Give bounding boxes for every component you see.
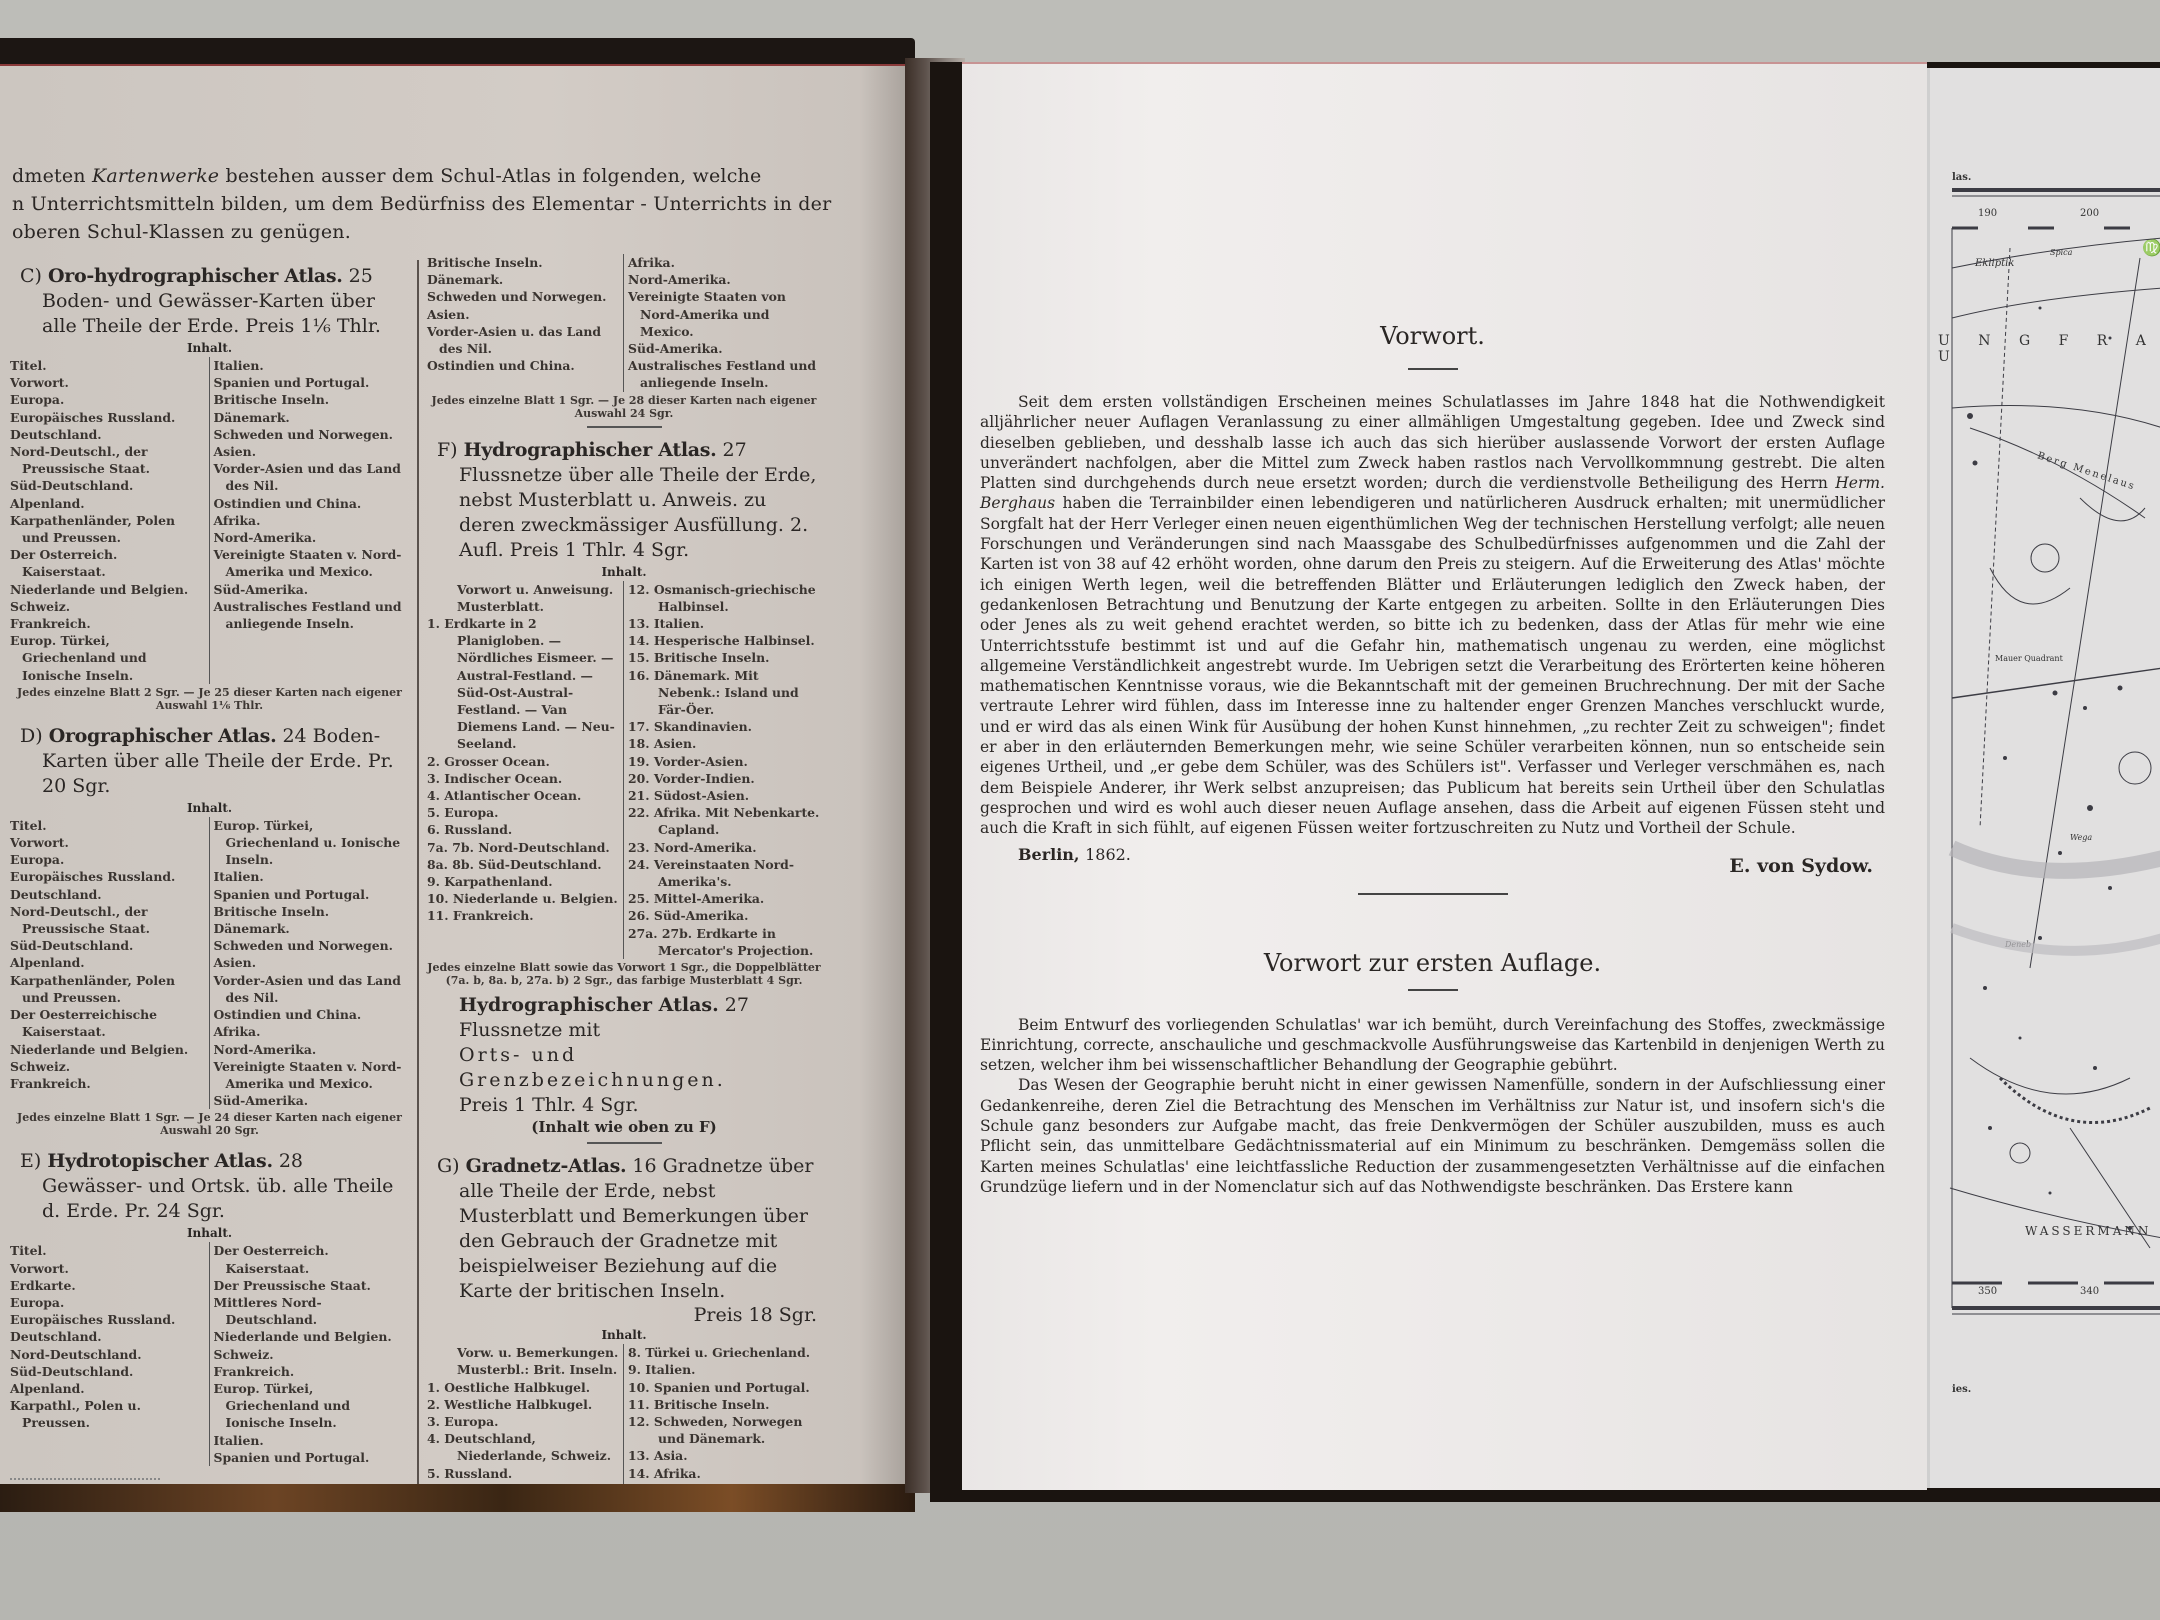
- atlas-e-contents: Titel.Vorwort.Erdkarte.Europa.Europäisch…: [10, 1242, 409, 1466]
- contents-entry: Vorwort.: [10, 374, 205, 391]
- atlas-e-price-note: Jedes einzelne Blatt 1 Sgr. — Je 28 dies…: [427, 394, 821, 420]
- divider: [587, 1142, 662, 1144]
- atlas-d-price-note: Jedes einzelne Blatt 1 Sgr. — Je 24 dies…: [10, 1111, 409, 1137]
- contents-entry: Italien.: [214, 1432, 410, 1449]
- contents-entry: 9. Karpathenland.: [427, 873, 619, 890]
- contents-entry: Frankreich.: [214, 1363, 410, 1380]
- right-page: Vorwort. Seit dem ersten vollständigen E…: [962, 62, 1927, 1490]
- contents-entry: 17. Skandinavien.: [628, 718, 821, 735]
- contents-entry: Europäisches Russland.: [10, 868, 205, 885]
- contents-entry: 18. Asien.: [628, 735, 821, 752]
- contents-entry: Europ. Türkei, Griechenland u. Ionische …: [214, 817, 410, 869]
- first-edition-paragraph-1: Beim Entwurf des vorliegenden Schulatlas…: [980, 1015, 1885, 1076]
- contents-entry: 3. Indischer Ocean.: [427, 770, 619, 787]
- star-map-foldout: las. ies. 190 200 350 340 Ekliptik Spica…: [1927, 68, 2160, 1488]
- contents-entry: Süd-Deutschland.: [10, 1363, 205, 1380]
- contents-entry: Karpathenländer, Polen und Preussen.: [10, 512, 205, 546]
- contents-entry: Europäisches Russland.: [10, 1311, 205, 1328]
- atlas-e-contents-continued: Britische Inseln.Dänemark.Schweden und N…: [427, 254, 821, 392]
- atlas-e-heading: E) Hydrotopischer Atlas. 28 Gewässer- un…: [10, 1149, 409, 1224]
- contents-entry: Nord-Amerika.: [628, 271, 821, 288]
- contents-entry: Europ. Türkei, Griechenland und Ionische…: [214, 1380, 410, 1432]
- contents-entry: Schweden und Norwegen.: [214, 426, 410, 443]
- contents-entry: Ostindien und China.: [427, 357, 619, 374]
- intro-paragraph: dmeten Kartenwerke bestehen ausser dem S…: [10, 162, 885, 246]
- contents-entry: Alpenland.: [10, 1380, 205, 1397]
- contents-entry: 21. Südost-Asien.: [628, 787, 821, 804]
- contents-entry: Frankreich.: [10, 1075, 205, 1092]
- star-chart-drawing: [1930, 68, 2160, 1488]
- contents-entry: 13. Italien.: [628, 615, 821, 632]
- contents-entry: 5. Europa.: [427, 804, 619, 821]
- contents-entry: 6. Karpathenländer.: [427, 1482, 619, 1484]
- contents-entry: Der Osterreich. Kaiserstaat.: [10, 546, 205, 580]
- contents-entry: 1. Erdkarte in 2 Planigloben. — Nördlich…: [427, 615, 619, 753]
- contents-entry: 6. Russland.: [427, 821, 619, 838]
- contents-entry: Ostindien und China.: [214, 495, 410, 512]
- contents-entry: 13. Asia.: [628, 1447, 821, 1464]
- contents-entry: Vorwort.: [10, 1260, 205, 1277]
- contents-entry: Schweden und Norwegen.: [427, 288, 619, 305]
- atlas-d-contents: Titel.Vorwort.Europa.Europäisches Russla…: [10, 817, 409, 1109]
- contents-entry: Nord-Deutschl., der Preussische Staat.: [10, 903, 205, 937]
- contents-entry: Britische Inseln.: [214, 391, 410, 408]
- contents-entry: Titel.: [10, 817, 205, 834]
- atlas-d-heading: D) Orographischer Atlas. 24 Boden-Karten…: [10, 724, 409, 799]
- contents-entry: Europäisches Russland.: [10, 409, 205, 426]
- contents-entry: Der Oesterreich. Kaiserstaat.: [214, 1242, 410, 1276]
- contents-entry: Erdkarte.: [10, 1277, 205, 1294]
- contents-entry: Süd-Amerika.: [214, 581, 410, 598]
- contents-entry: Australisches Festland und anliegende In…: [214, 598, 410, 632]
- contents-entry: Vorder-Asien u. das Land des Nil.: [427, 323, 619, 357]
- contents-entry: Ostindien und China.: [214, 1006, 410, 1023]
- contents-entry: Alpenland.: [10, 495, 205, 512]
- contents-entry: 4. Atlantischer Ocean.: [427, 787, 619, 804]
- contents-entry: Vorder-Asien und das Land des Nil.: [214, 460, 410, 494]
- contents-entry: Europa.: [10, 851, 205, 868]
- contents-entry: 3. Europa.: [427, 1413, 619, 1430]
- contents-entry: Italien.: [214, 868, 410, 885]
- contents-entry: Titel.: [10, 357, 205, 374]
- preface-paragraph: Seit dem ersten vollständigen Erscheinen…: [980, 392, 1885, 839]
- contents-entry: Britische Inseln.: [214, 903, 410, 920]
- atlas-g-contents: Vorw. u. Bemerkungen.Musterbl.: Brit. In…: [427, 1344, 821, 1484]
- contents-entry: 9. Italien.: [628, 1361, 821, 1378]
- contents-entry: Spanien und Portugal.: [214, 1449, 410, 1466]
- contents-entry: Vorder-Asien und das Land des Nil.: [214, 972, 410, 1006]
- contents-entry: 2. Westliche Halbkugel.: [427, 1396, 619, 1413]
- first-edition-paragraph-2: Das Wesen der Geographie beruht nicht in…: [980, 1075, 1885, 1197]
- contents-entry: Schweiz.: [10, 1058, 205, 1075]
- contents-entry: 19. Vorder-Asien.: [628, 753, 821, 770]
- contents-entry: Nord-Amerika.: [214, 529, 410, 546]
- first-edition-preface-title: Vorwort zur ersten Auflage.: [980, 949, 1885, 977]
- contents-entry: Frankreich.: [10, 615, 205, 632]
- contents-entry: Britische Inseln.: [427, 254, 619, 271]
- contents-entry: Afrika.: [214, 1023, 410, 1040]
- contents-entry: Europa.: [10, 1294, 205, 1311]
- contents-entry: Asien.: [214, 443, 410, 460]
- signature-block: Berlin, 1862. E. von Sydow.: [980, 845, 1885, 877]
- contents-entry: 16. Dänemark. Mit Nebenk.: Island und Fä…: [628, 667, 821, 719]
- contents-entry: Asien.: [214, 954, 410, 971]
- divider: [1408, 989, 1458, 991]
- divider: [587, 426, 662, 428]
- contents-entry: Karpathl., Polen u. Preussen.: [10, 1397, 205, 1431]
- atlas-f-price-note: Jedes einzelne Blatt sowie das Vorwort 1…: [427, 961, 821, 987]
- contents-entry: 23. Nord-Amerika.: [628, 839, 821, 856]
- contents-entry: Niederlande und Belgien.: [10, 581, 205, 598]
- contents-entry: 8a. 8b. Süd-Deutschland.: [427, 856, 619, 873]
- contents-entry: 1. Oestliche Halbkugel.: [427, 1379, 619, 1396]
- contents-entry: Australisches Festland und anliegende In…: [628, 357, 821, 391]
- contents-entry: 8. Türkei u. Griechenland.: [628, 1344, 821, 1361]
- contents-entry: Alpenland.: [10, 954, 205, 971]
- atlas-f-contents: Vorwort u. Anweisung.Musterblatt.1. Erdk…: [427, 581, 821, 959]
- contents-entry: Europ. Türkei, Griechenland und Ionische…: [10, 632, 205, 684]
- contents-entry: Italien.: [214, 357, 410, 374]
- contents-entry: Dänemark.: [214, 920, 410, 937]
- contents-entry: 14. Afrika.: [628, 1465, 821, 1482]
- contents-entry: Afrika.: [214, 512, 410, 529]
- contents-entry: Nord-Deutschl., der Preussische Staat.: [10, 443, 205, 477]
- contents-entry: Vereinigte Staaten von Nord-Amerika und …: [628, 288, 821, 340]
- contents-entry: 5. Russland.: [427, 1465, 619, 1482]
- contents-entry: Asien.: [427, 306, 619, 323]
- contents-entry: 15. Britische Inseln.: [628, 649, 821, 666]
- contents-entry: Karpathenländer, Polen und Preussen.: [10, 972, 205, 1006]
- divider: [1358, 893, 1508, 895]
- contents-entry: 10. Spanien und Portugal.: [628, 1379, 821, 1396]
- contents-entry: Deutschland.: [10, 1328, 205, 1345]
- contents-entry: 27a. 27b. Erdkarte in Mercator's Project…: [628, 925, 821, 959]
- contents-entry: Der Preussische Staat.: [214, 1277, 410, 1294]
- contents-entry: Spanien und Portugal.: [214, 886, 410, 903]
- contents-entry: 12. Schweden, Norwegen und Dänemark.: [628, 1413, 821, 1447]
- contents-entry: Dänemark.: [214, 409, 410, 426]
- contents-entry: Musterbl.: Brit. Inseln.: [427, 1361, 619, 1378]
- contents-entry: 20. Vorder-Indien.: [628, 770, 821, 787]
- author-signature: E. von Sydow.: [1729, 855, 1885, 877]
- contents-entry: 24. Vereinstaaten Nord-Amerika's.: [628, 856, 821, 890]
- preface-title: Vorwort.: [980, 322, 1885, 350]
- contents-entry: 7a. 7b. Nord-Deutschland.: [427, 839, 619, 856]
- contents-entry: 12. Osmanisch-griechische Halbinsel.: [628, 581, 821, 615]
- atlas-f2-heading: Hydrographischer Atlas. 27 Flussnetze mi…: [427, 993, 821, 1118]
- contents-entry: Dänemark.: [427, 271, 619, 288]
- contents-entry: Afrika.: [628, 254, 821, 271]
- contents-entry: Niederlande und Belgien.: [214, 1328, 410, 1345]
- contents-entry: 25. Mittel-Amerika.: [628, 890, 821, 907]
- contents-entry: Vereinigte Staaten v. Nord-Amerika und M…: [214, 1058, 410, 1092]
- contents-entry: Vorwort u. Anweisung.: [427, 581, 619, 598]
- contents-entry: Vereinigte Staaten v. Nord-Amerika und M…: [214, 546, 410, 580]
- contents-entry: Vorwort.: [10, 834, 205, 851]
- contents-entry: Musterblatt.: [427, 598, 619, 615]
- contents-entry: Nord-Deutschland.: [10, 1346, 205, 1363]
- contents-entry: Deutschland.: [10, 886, 205, 903]
- atlas-c-heading: C) Oro-hydrographischer Atlas. 25 Boden-…: [10, 264, 409, 339]
- contents-entry: Titel.: [10, 1242, 205, 1259]
- contents-entry: 2. Grosser Ocean.: [427, 753, 619, 770]
- contents-entry: Süd-Amerika.: [214, 1092, 410, 1109]
- contents-entry: 10. Niederlande u. Belgien.: [427, 890, 619, 907]
- contents-entry: Süd-Amerika.: [628, 340, 821, 357]
- contents-entry: 15. Nord-Amerika.: [628, 1482, 821, 1484]
- divider: [1408, 368, 1458, 370]
- contents-entry: Mittleres Nord-Deutschland.: [214, 1294, 410, 1328]
- contents-entry: Schweiz.: [10, 598, 205, 615]
- contents-entry: 11. Britische Inseln.: [628, 1396, 821, 1413]
- contents-entry: 4. Deutschland, Niederlande, Schweiz.: [427, 1430, 619, 1464]
- contents-entry: Schweden und Norwegen.: [214, 937, 410, 954]
- contents-entry: 26. Süd-Amerika.: [628, 907, 821, 924]
- contents-entry: Vorw. u. Bemerkungen.: [427, 1344, 619, 1361]
- atlas-g-heading: G) Gradnetz-Atlas. 16 Gradnetze über all…: [427, 1154, 821, 1304]
- atlas-c-contents: Titel.Vorwort.Europa.Europäisches Russla…: [10, 357, 409, 684]
- contents-entry: Der Oesterreichische Kaiserstaat.: [10, 1006, 205, 1040]
- contents-entry: Schweiz.: [214, 1346, 410, 1363]
- contents-entry: 11. Frankreich.: [427, 907, 619, 924]
- contents-entry: Europa.: [10, 391, 205, 408]
- contents-entry: Spanien und Portugal.: [214, 374, 410, 391]
- catalog-column-left: C) Oro-hydrographischer Atlas. 25 Boden-…: [10, 260, 415, 1484]
- decorative-wavy-rule: [10, 1474, 160, 1480]
- atlas-f-heading: F) Hydrographischer Atlas. 27 Flussnetze…: [427, 438, 821, 563]
- catalog-column-right: Britische Inseln.Dänemark.Schweden und N…: [417, 260, 827, 1484]
- contents-entry: Süd-Deutschland.: [10, 477, 205, 494]
- contents-entry: Süd-Deutschland.: [10, 937, 205, 954]
- contents-entry: 22. Afrika. Mit Nebenkarte. Capland.: [628, 804, 821, 838]
- contents-entry: 14. Hesperische Halbinsel.: [628, 632, 821, 649]
- left-page: dmeten Kartenwerke bestehen ausser dem S…: [0, 64, 905, 1484]
- atlas-c-price-note: Jedes einzelne Blatt 2 Sgr. — Je 25 dies…: [10, 686, 409, 712]
- contents-entry: Niederlande und Belgien.: [10, 1041, 205, 1058]
- contents-entry: Nord-Amerika.: [214, 1041, 410, 1058]
- contents-entry: Deutschland.: [10, 426, 205, 443]
